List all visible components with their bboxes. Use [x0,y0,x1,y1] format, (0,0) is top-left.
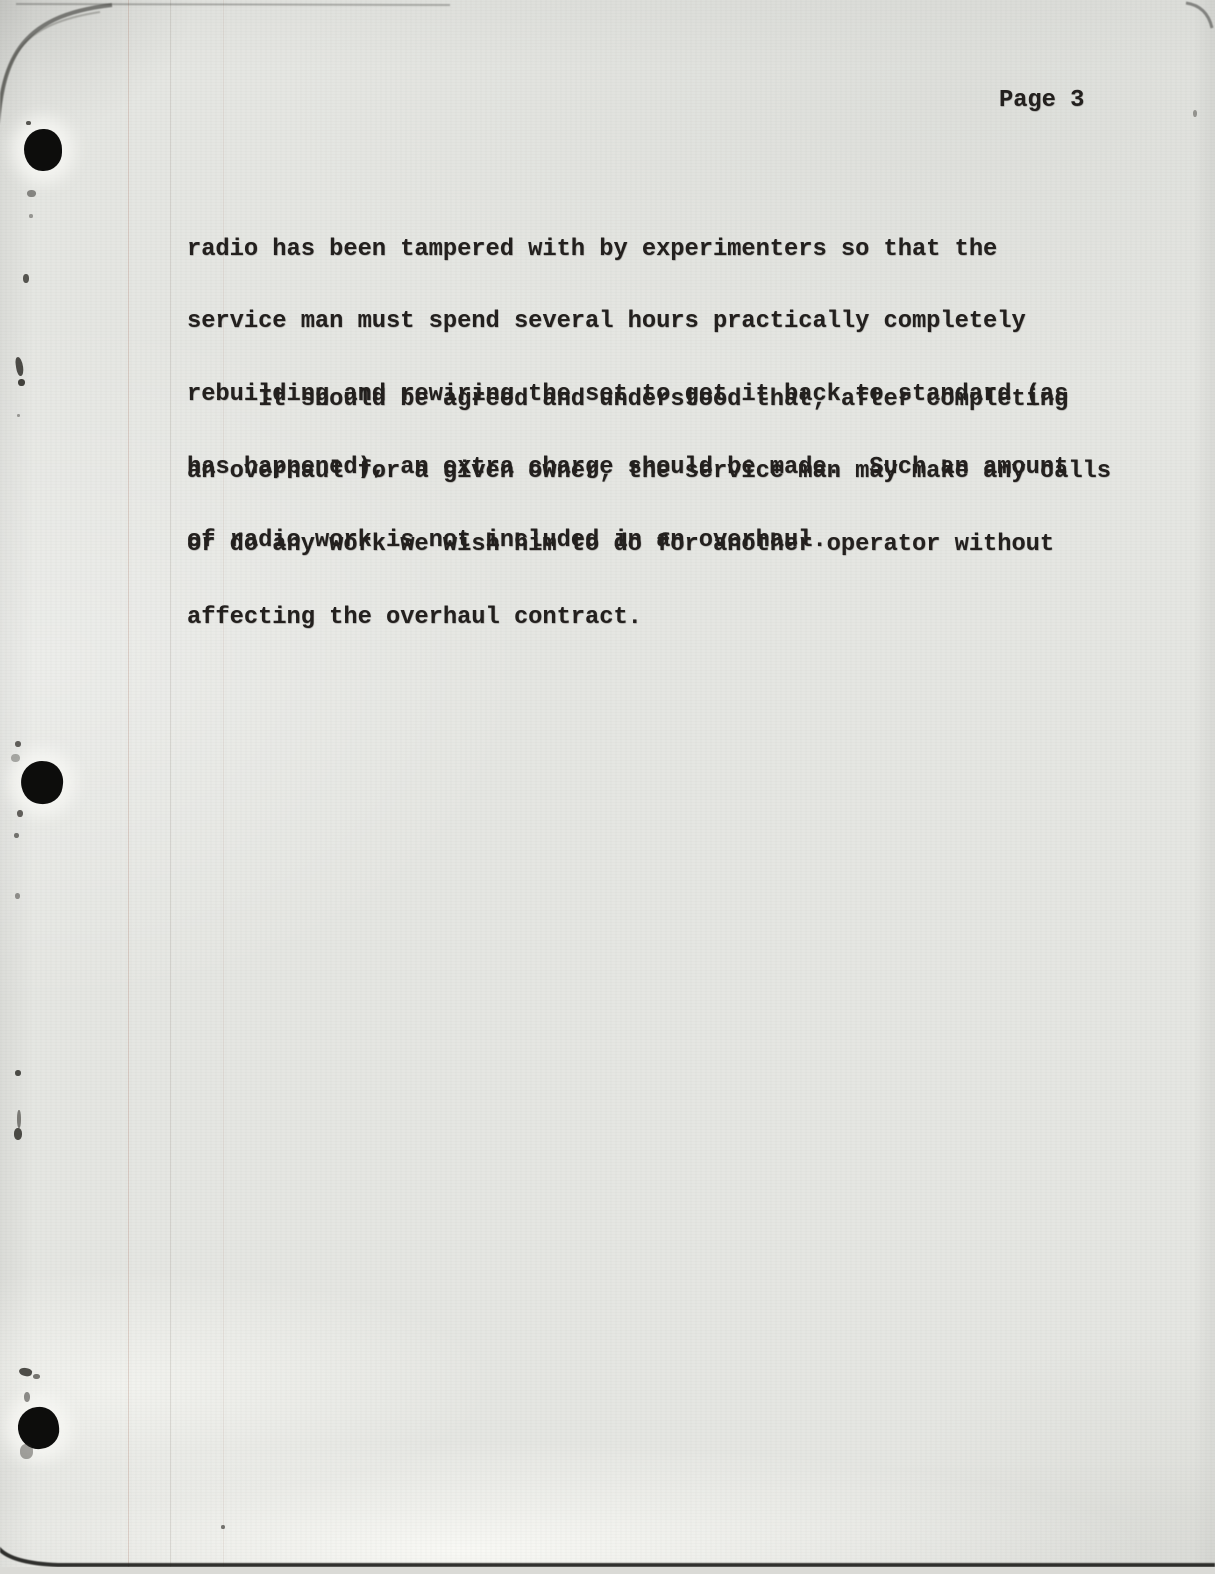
text-line: affecting the overhaul contract. [187,606,1111,630]
paper-crease [170,0,171,1574]
scan-background-strip [0,1567,1215,1574]
scanned-document-page: Page 3 radio has been tampered with by e… [0,0,1215,1574]
ink-speck [1193,110,1197,117]
ink-speck [14,1128,22,1140]
paragraph-2: It should be agreed and understood that,… [187,339,1111,679]
text-line: an overhaul for a given owner, the servi… [187,460,1111,484]
ink-speck [17,1110,21,1128]
text-line: or do any work we wish him to do for ano… [187,533,1111,557]
hole-punch [18,758,66,806]
ink-speck [33,1374,40,1379]
ink-speck [18,1367,33,1378]
ink-speck [18,379,25,386]
ink-speck [221,1525,225,1529]
ink-speck [27,190,36,197]
bottom-edge [0,1546,1215,1565]
top-right-corner-edge [1186,3,1212,28]
ink-speck [24,1392,30,1402]
ink-speck [15,893,20,899]
text-line: It should be agreed and understood that,… [187,388,1111,412]
ink-speck [15,1070,21,1076]
ink-speck [17,810,23,817]
top-edge [16,4,450,5]
paper-crease [128,0,129,1574]
ink-speck [15,357,25,377]
ink-speck [17,414,20,417]
top-left-corner-edge [0,5,112,140]
ink-speck [14,833,19,838]
text-line: service man must spend several hours pra… [187,310,1068,334]
ink-smudge [20,1444,33,1459]
ink-speck [15,741,21,747]
hole-punch [24,129,62,171]
ink-speck [29,214,33,218]
page-number: Page 3 [999,89,1084,113]
top-left-corner-edge-inner [0,12,100,120]
ink-speck [23,274,29,283]
ink-speck [26,121,31,125]
text-line: radio has been tampered with by experime… [187,238,1068,262]
ink-speck [11,754,20,762]
